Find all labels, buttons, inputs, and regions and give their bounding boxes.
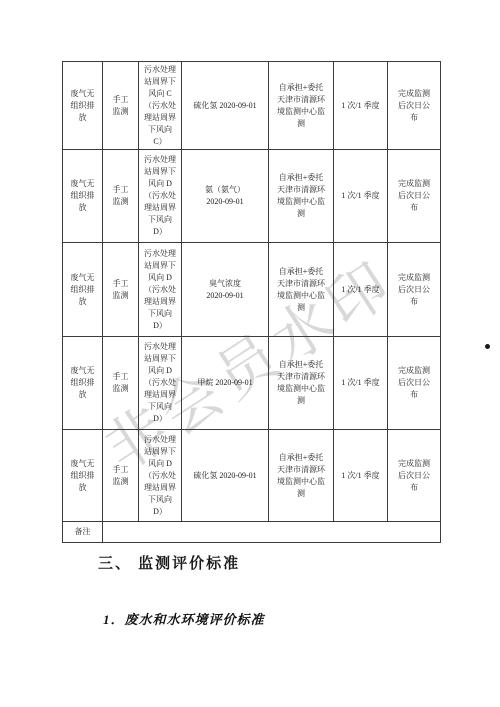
cell-location: 污水处理 站周界下 风向 D （污水处 理站周界 下风向 D） bbox=[139, 430, 182, 522]
cell-agency: 自承担+委托 天津市清源环 境监测中心监 测 bbox=[269, 430, 334, 522]
cell-monitor-method: 手工 监测 bbox=[103, 243, 139, 337]
table-row: 废气无 组织排 放 手工 监测 污水处理 站周界下 风向 C （污水处 理站周界… bbox=[63, 62, 441, 150]
cell-location: 污水处理 站周界下 风向 D （污水处 理站周界 下风向 D） bbox=[139, 243, 182, 337]
cell-frequency: 1 次/1 季度 bbox=[334, 150, 388, 243]
remark-row: 备注 bbox=[63, 522, 441, 543]
cell-publish: 完成监测 后次日公 布 bbox=[388, 430, 441, 522]
table-row: 废气无 组织排 放 手工 监测 污水处理 站周界下 风向 D （污水处 理站周界… bbox=[63, 430, 441, 522]
cell-frequency: 1 次/1 季度 bbox=[334, 62, 388, 150]
cell-publish: 完成监测 后次日公 布 bbox=[388, 337, 441, 430]
cell-pollutant: 氨（氨气） 2020-09-01 bbox=[182, 150, 269, 243]
cell-location: 污水处理 站周界下 风向 C （污水处 理站周界 下风向 C） bbox=[139, 62, 182, 150]
cell-pollutant: 硫化氢 2020-09-01 bbox=[182, 430, 269, 522]
cell-monitor-method: 手工 监测 bbox=[103, 337, 139, 430]
document-page: 非会员水印 废气无 组织排 放 手工 监测 污水处理 站周界下 风向 C （污水… bbox=[0, 0, 500, 707]
cell-monitor-method: 手工 监测 bbox=[103, 150, 139, 243]
remark-label: 备注 bbox=[63, 522, 103, 543]
cell-emission-type: 废气无 组织排 放 bbox=[63, 337, 103, 430]
cell-agency: 自承担+委托 天津市清源环 境监测中心监 测 bbox=[269, 337, 334, 430]
cell-publish: 完成监测 后次日公 布 bbox=[388, 243, 441, 337]
page-edge-dot bbox=[485, 344, 490, 349]
cell-publish: 完成监测 后次日公 布 bbox=[388, 62, 441, 150]
cell-emission-type: 废气无 组织排 放 bbox=[63, 150, 103, 243]
cell-frequency: 1 次/1 季度 bbox=[334, 243, 388, 337]
cell-publish: 完成监测 后次日公 布 bbox=[388, 150, 441, 243]
cell-pollutant: 臭气浓度 2020-09-01 bbox=[182, 243, 269, 337]
subsection-heading: 1．废水和水环境评价标准 bbox=[103, 609, 265, 628]
cell-location: 污水处理 站周界下 风向 D （污水处 理站周界 下风向 D） bbox=[139, 337, 182, 430]
cell-pollutant: 甲烷 2020-09-01 bbox=[182, 337, 269, 430]
cell-agency: 自承担+委托 天津市清源环 境监测中心监 测 bbox=[269, 243, 334, 337]
cell-emission-type: 废气无 组织排 放 bbox=[63, 62, 103, 150]
cell-pollutant: 硫化氢 2020-09-01 bbox=[182, 62, 269, 150]
cell-emission-type: 废气无 组织排 放 bbox=[63, 430, 103, 522]
section-heading: 三、 监测评价标准 bbox=[98, 552, 240, 573]
cell-frequency: 1 次/1 季度 bbox=[334, 337, 388, 430]
cell-agency: 自承担+委托 天津市清源环 境监测中心监 测 bbox=[269, 62, 334, 150]
cell-agency: 自承担+委托 天津市清源环 境监测中心监 测 bbox=[269, 150, 334, 243]
table-row: 废气无 组织排 放 手工 监测 污水处理 站周界下 风向 D （污水处 理站周界… bbox=[63, 243, 441, 337]
cell-monitor-method: 手工 监测 bbox=[103, 430, 139, 522]
cell-emission-type: 废气无 组织排 放 bbox=[63, 243, 103, 337]
cell-frequency: 1 次/1 季度 bbox=[334, 430, 388, 522]
cell-monitor-method: 手工 监测 bbox=[103, 62, 139, 150]
monitoring-table: 废气无 组织排 放 手工 监测 污水处理 站周界下 风向 C （污水处 理站周界… bbox=[62, 61, 441, 543]
remark-value bbox=[103, 522, 441, 543]
table-row: 废气无 组织排 放 手工 监测 污水处理 站周界下 风向 D （污水处 理站周界… bbox=[63, 150, 441, 243]
cell-location: 污水处理 站周界下 风向 D （污水处 理站周界 下风向 D） bbox=[139, 150, 182, 243]
table-row: 废气无 组织排 放 手工 监测 污水处理 站周界下 风向 D （污水处 理站周界… bbox=[63, 337, 441, 430]
